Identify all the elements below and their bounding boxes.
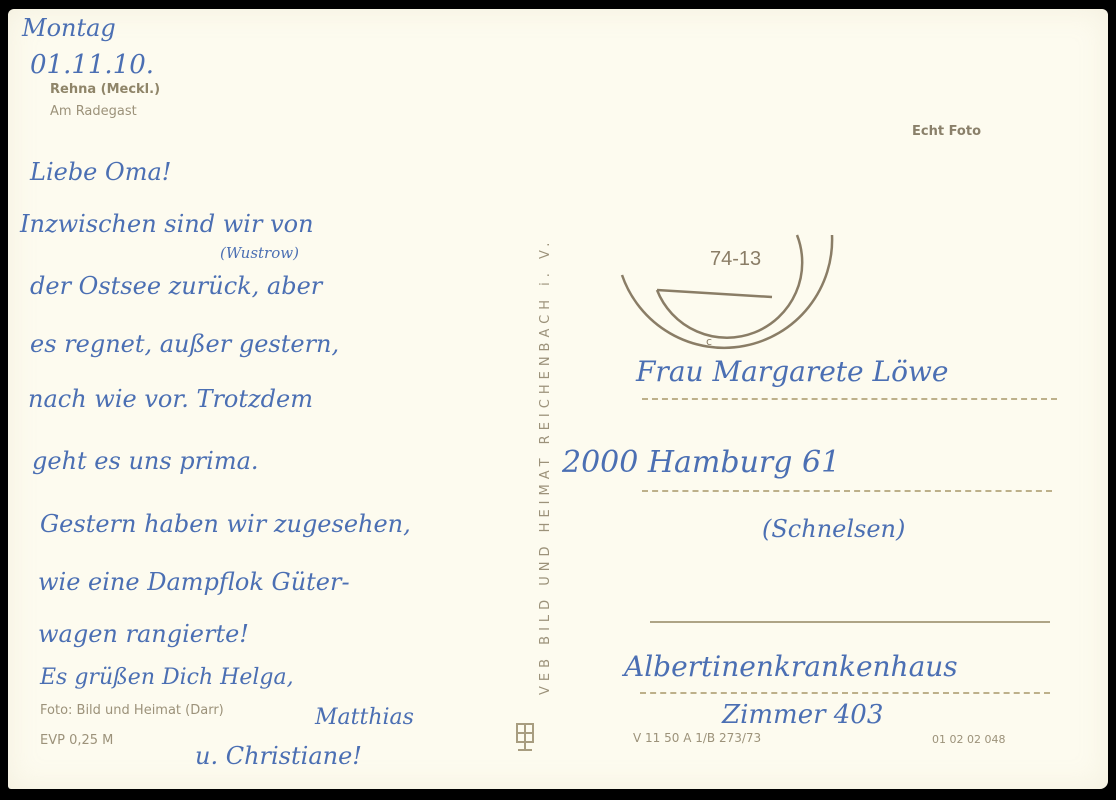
address-hospital: Albertinenkrankenhaus (624, 650, 958, 683)
handwritten-date: 01.11.10. (30, 50, 154, 80)
address-district: (Schnelsen) (762, 515, 905, 543)
price-label: EVP 0,25 M (40, 733, 113, 748)
photo-credit: Foto: Bild und Heimat (Darr) (40, 703, 224, 718)
print-code-left: V 11 50 A 1/B 273/73 (633, 731, 761, 745)
caption-subtitle: Am Radegast (50, 104, 137, 119)
print-code-right: 01 02 02 048 (932, 733, 1005, 746)
message-line: wagen rangierte! (38, 620, 249, 648)
address-line-3 (650, 621, 1050, 623)
address-recipient: Frau Margarete Löwe (636, 355, 948, 388)
publisher-vertical-text: VEB BILD UND HEIMAT REICHENBACH i. V. (538, 85, 553, 695)
handwritten-day: Montag (22, 14, 116, 42)
publisher-logo-icon (514, 722, 536, 752)
message-line: es regnet, außer gestern, (30, 330, 339, 358)
message-line: nach wie vor. Trotzdem (28, 385, 313, 413)
address-room: Zimmer 403 (722, 700, 883, 730)
caption-title: Rehna (Meckl.) (50, 82, 160, 97)
message-line: Liebe Oma! (30, 158, 171, 186)
message-line: Matthias (315, 705, 414, 730)
message-line: geht es uns prima. (32, 447, 259, 475)
address-city: 2000 Hamburg 61 (562, 445, 840, 480)
address-line-1 (642, 398, 1057, 400)
address-line-2 (642, 490, 1052, 492)
postmark-date: 74-13 (710, 248, 761, 271)
message-line: wie eine Dampflok Güter- (38, 568, 350, 596)
message-line: Gestern haben wir zugesehen, (40, 510, 411, 538)
message-line: Inzwischen sind wir von (20, 210, 314, 238)
message-line: der Ostsee zurück, aber (30, 272, 322, 300)
postmark-letter: c (706, 335, 712, 348)
real-photo-label: Echt Foto (912, 124, 981, 139)
message-line: u. Christiane! (195, 742, 362, 770)
address-line-4 (640, 692, 1050, 694)
message-line: (Wustrow) (220, 244, 299, 262)
message-line: Es grüßen Dich Helga, (40, 665, 294, 690)
postmark-icon (612, 175, 842, 375)
